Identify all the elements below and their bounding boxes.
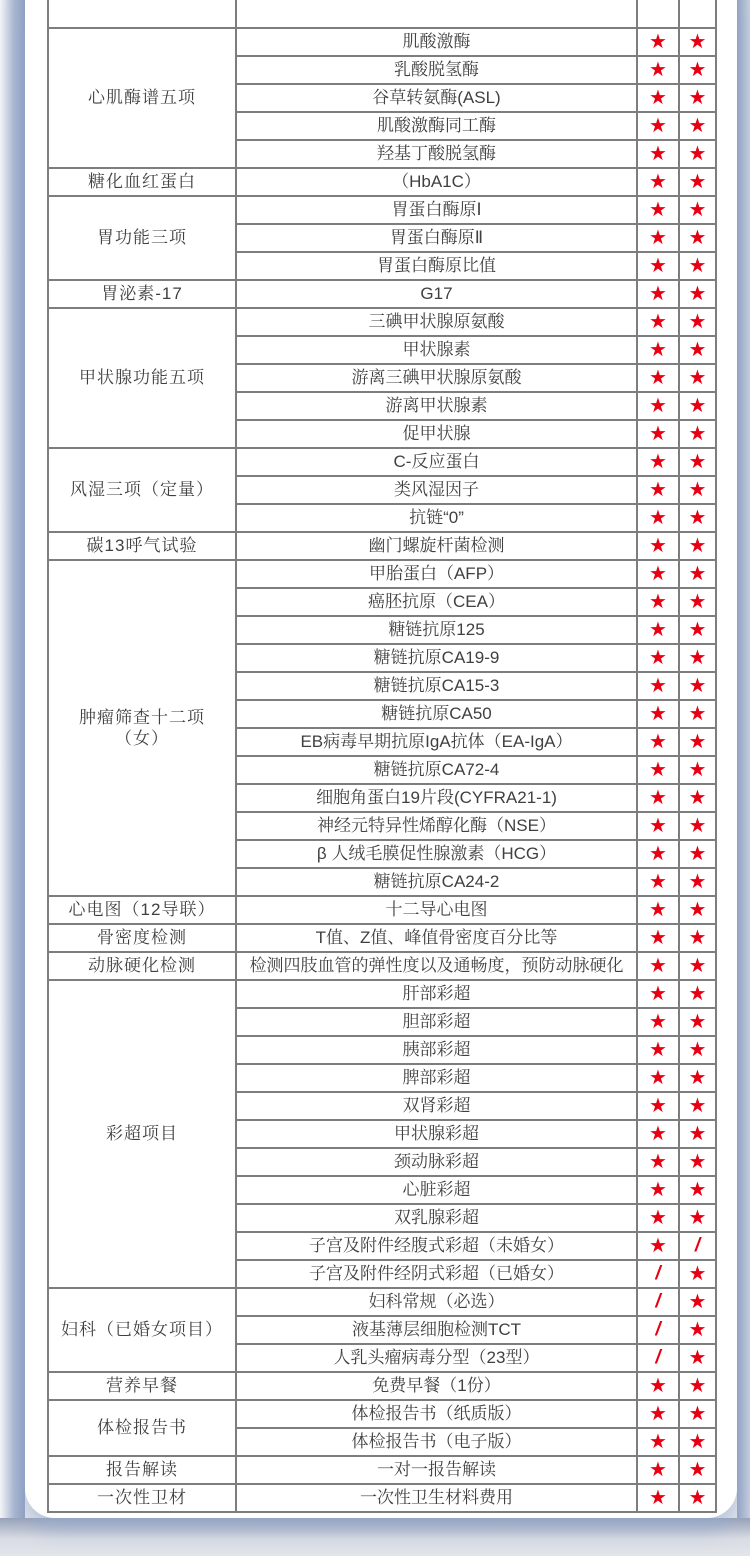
- package1-mark: ★: [637, 476, 679, 504]
- package1-mark: ★: [637, 840, 679, 868]
- package1-mark: ★: [637, 532, 679, 560]
- package2-mark: ★: [679, 560, 716, 588]
- package1-mark: ★: [637, 672, 679, 700]
- table-row: 胃功能三项胃蛋白酶原Ⅰ★★: [48, 196, 716, 224]
- package2-mark: ★: [679, 476, 716, 504]
- table-row: 一次性卫材一次性卫生材料费用★★: [48, 1484, 716, 1512]
- package1-mark: ★: [637, 896, 679, 924]
- package2-mark: ★: [679, 252, 716, 280]
- item-cell: 谷草转氨酶(ASL): [236, 84, 637, 112]
- table-row: 胃泌素-17G17★★: [48, 280, 716, 308]
- package1-mark: ★: [637, 448, 679, 476]
- package2-mark: ★: [679, 224, 716, 252]
- category-cell: 彩超项目: [48, 980, 236, 1288]
- item-cell: 颈动脉彩超: [236, 1148, 637, 1176]
- table-row: 肿瘤筛查十二项 （女）甲胎蛋白（AFP）★★: [48, 560, 716, 588]
- item-cell: 癌胚抗原（CEA）: [236, 588, 637, 616]
- item-cell: 液基薄层细胞检测TCT: [236, 1316, 637, 1344]
- cutoff-row: [48, 0, 716, 28]
- package1-mark: ★: [637, 1232, 679, 1260]
- item-cell: [236, 0, 637, 28]
- table-row: 心电图（12导联）十二导心电图★★: [48, 896, 716, 924]
- package1-mark: ★: [637, 336, 679, 364]
- package1-mark: ★: [637, 28, 679, 56]
- package-detail-card: 心肌酶谱五项肌酸激酶★★乳酸脱氢酶★★谷草转氨酶(ASL)★★肌酸激酶同工酶★★…: [25, 0, 737, 1518]
- item-cell: 体检报告书（电子版）: [236, 1428, 637, 1456]
- table-row: 彩超项目肝部彩超★★: [48, 980, 716, 1008]
- item-cell: 免费早餐（1份）: [236, 1372, 637, 1400]
- package2-mark: ★: [679, 896, 716, 924]
- package2-mark: ★: [679, 28, 716, 56]
- category-cell: 胃泌素-17: [48, 280, 236, 308]
- category-cell: 报告解读: [48, 1456, 236, 1484]
- package2-mark: ★: [679, 1484, 716, 1512]
- package1-mark: ★: [637, 812, 679, 840]
- package2-mark: ★: [679, 868, 716, 896]
- table-row: 体检报告书体检报告书（纸质版）★★: [48, 1400, 716, 1428]
- package1-mark: /: [637, 1260, 679, 1288]
- category-cell: 糖化血红蛋白: [48, 168, 236, 196]
- package1-mark: ★: [637, 168, 679, 196]
- package2-mark: [679, 0, 716, 28]
- table-row: 骨密度检测T值、Z值、峰值骨密度百分比等★★: [48, 924, 716, 952]
- package1-mark: ★: [637, 56, 679, 84]
- package1-mark: ★: [637, 140, 679, 168]
- package2-mark: ★: [679, 448, 716, 476]
- item-cell: 糖链抗原CA24-2: [236, 868, 637, 896]
- package1-mark: ★: [637, 1008, 679, 1036]
- package2-mark: ★: [679, 924, 716, 952]
- package1-mark: ★: [637, 952, 679, 980]
- package1-mark: /: [637, 1288, 679, 1316]
- item-cell: 心脏彩超: [236, 1176, 637, 1204]
- category-cell: [48, 0, 236, 28]
- package2-mark: ★: [679, 980, 716, 1008]
- package1-mark: ★: [637, 560, 679, 588]
- package2-mark: ★: [679, 1288, 716, 1316]
- package2-mark: ★: [679, 1344, 716, 1372]
- package2-mark: ★: [679, 112, 716, 140]
- category-cell: 骨密度检测: [48, 924, 236, 952]
- category-cell: 心电图（12导联）: [48, 896, 236, 924]
- item-cell: 胰部彩超: [236, 1036, 637, 1064]
- package1-mark: ★: [637, 224, 679, 252]
- table-row: 糖化血红蛋白（HbA1C）★★: [48, 168, 716, 196]
- package1-mark: ★: [637, 588, 679, 616]
- table-row: 碳13呼气试验幽门螺旋杆菌检测★★: [48, 532, 716, 560]
- package1-mark: ★: [637, 364, 679, 392]
- item-cell: 甲胎蛋白（AFP）: [236, 560, 637, 588]
- package2-mark: ★: [679, 56, 716, 84]
- card-bottom-shadow: [0, 1518, 750, 1556]
- category-cell: 营养早餐: [48, 1372, 236, 1400]
- package1-mark: ★: [637, 420, 679, 448]
- package1-mark: ★: [637, 1456, 679, 1484]
- item-cell: G17: [236, 280, 637, 308]
- item-cell: （HbA1C）: [236, 168, 637, 196]
- package1-mark: ★: [637, 112, 679, 140]
- package1-mark: ★: [637, 1092, 679, 1120]
- package1-mark: ★: [637, 1176, 679, 1204]
- package2-mark: ★: [679, 616, 716, 644]
- package1-mark: ★: [637, 1064, 679, 1092]
- package2-mark: ★: [679, 1008, 716, 1036]
- item-cell: 甲状腺素: [236, 336, 637, 364]
- item-cell: 肝部彩超: [236, 980, 637, 1008]
- package1-mark: ★: [637, 280, 679, 308]
- package2-mark: ★: [679, 1120, 716, 1148]
- package1-mark: ★: [637, 392, 679, 420]
- item-cell: 糖链抗原CA50: [236, 700, 637, 728]
- package1-mark: ★: [637, 980, 679, 1008]
- item-cell: 子宫及附件经腹式彩超（未婚女）: [236, 1232, 637, 1260]
- package2-mark: ★: [679, 1316, 716, 1344]
- item-cell: 细胞角蛋白19片段(CYFRA21-1): [236, 784, 637, 812]
- package2-mark: ★: [679, 1372, 716, 1400]
- item-cell: EB病毒早期抗原IgA抗体（EA-IgA）: [236, 728, 637, 756]
- package1-mark: ★: [637, 868, 679, 896]
- package2-mark: ★: [679, 308, 716, 336]
- item-cell: β 人绒毛膜促性腺激素（HCG）: [236, 840, 637, 868]
- package2-mark: ★: [679, 84, 716, 112]
- item-cell: 脾部彩超: [236, 1064, 637, 1092]
- category-cell: 胃功能三项: [48, 196, 236, 280]
- category-cell: 一次性卫材: [48, 1484, 236, 1512]
- package2-mark: ★: [679, 1428, 716, 1456]
- exam-items-table: 心肌酶谱五项肌酸激酶★★乳酸脱氢酶★★谷草转氨酶(ASL)★★肌酸激酶同工酶★★…: [47, 0, 717, 1513]
- package2-mark: ★: [679, 1456, 716, 1484]
- package1-mark: ★: [637, 1148, 679, 1176]
- package2-mark: ★: [679, 588, 716, 616]
- item-cell: 羟基丁酸脱氢酶: [236, 140, 637, 168]
- item-cell: 胃蛋白酶原Ⅰ: [236, 196, 637, 224]
- item-cell: 乳酸脱氢酶: [236, 56, 637, 84]
- package2-mark: ★: [679, 1176, 716, 1204]
- package2-mark: ★: [679, 392, 716, 420]
- item-cell: 类风湿因子: [236, 476, 637, 504]
- package2-mark: ★: [679, 672, 716, 700]
- package2-mark: ★: [679, 644, 716, 672]
- exam-table-body: 心肌酶谱五项肌酸激酶★★乳酸脱氢酶★★谷草转氨酶(ASL)★★肌酸激酶同工酶★★…: [48, 0, 716, 1512]
- category-cell: 心肌酶谱五项: [48, 28, 236, 168]
- item-cell: 胃蛋白酶原比值: [236, 252, 637, 280]
- package1-mark: ★: [637, 644, 679, 672]
- package2-mark: ★: [679, 336, 716, 364]
- package2-mark: ★: [679, 504, 716, 532]
- item-cell: 肌酸激酶同工酶: [236, 112, 637, 140]
- item-cell: T值、Z值、峰值骨密度百分比等: [236, 924, 637, 952]
- item-cell: 体检报告书（纸质版）: [236, 1400, 637, 1428]
- package2-mark: ★: [679, 140, 716, 168]
- package2-mark: ★: [679, 1064, 716, 1092]
- package2-mark: ★: [679, 700, 716, 728]
- item-cell: 双肾彩超: [236, 1092, 637, 1120]
- category-cell: 碳13呼气试验: [48, 532, 236, 560]
- package2-mark: /: [679, 1232, 716, 1260]
- package2-mark: ★: [679, 756, 716, 784]
- package1-mark: ★: [637, 700, 679, 728]
- package2-mark: ★: [679, 1092, 716, 1120]
- item-cell: 促甲状腺: [236, 420, 637, 448]
- item-cell: 人乳头瘤病毒分型（23型）: [236, 1344, 637, 1372]
- package1-mark: ★: [637, 924, 679, 952]
- package2-mark: ★: [679, 168, 716, 196]
- package2-mark: ★: [679, 532, 716, 560]
- package1-mark: ★: [637, 1036, 679, 1064]
- item-cell: 甲状腺彩超: [236, 1120, 637, 1148]
- package2-mark: ★: [679, 1260, 716, 1288]
- item-cell: 三碘甲状腺原氨酸: [236, 308, 637, 336]
- table-row: 心肌酶谱五项肌酸激酶★★: [48, 28, 716, 56]
- item-cell: 检测四肢血管的弹性度以及通畅度，预防动脉硬化: [236, 952, 637, 980]
- left-gradient-band: [0, 0, 25, 1518]
- table-row: 风湿三项（定量）C-反应蛋白★★: [48, 448, 716, 476]
- item-cell: 糖链抗原CA72-4: [236, 756, 637, 784]
- package2-mark: ★: [679, 812, 716, 840]
- package2-mark: ★: [679, 196, 716, 224]
- item-cell: 糖链抗原CA19-9: [236, 644, 637, 672]
- category-cell: 体检报告书: [48, 1400, 236, 1456]
- package1-mark: ★: [637, 1428, 679, 1456]
- package2-mark: ★: [679, 840, 716, 868]
- package1-mark: ★: [637, 1372, 679, 1400]
- package2-mark: ★: [679, 1036, 716, 1064]
- item-cell: 神经元特异性烯醇化酶（NSE）: [236, 812, 637, 840]
- category-cell: 妇科（已婚女项目）: [48, 1288, 236, 1372]
- item-cell: 双乳腺彩超: [236, 1204, 637, 1232]
- item-cell: 子宫及附件经阴式彩超（已婚女）: [236, 1260, 637, 1288]
- package1-mark: [637, 0, 679, 28]
- package1-mark: /: [637, 1316, 679, 1344]
- category-cell: 甲状腺功能五项: [48, 308, 236, 448]
- package2-mark: ★: [679, 364, 716, 392]
- package1-mark: ★: [637, 784, 679, 812]
- item-cell: 肌酸激酶: [236, 28, 637, 56]
- package2-mark: ★: [679, 1204, 716, 1232]
- package2-mark: ★: [679, 728, 716, 756]
- package2-mark: ★: [679, 784, 716, 812]
- item-cell: 一次性卫生材料费用: [236, 1484, 637, 1512]
- table-row: 甲状腺功能五项三碘甲状腺原氨酸★★: [48, 308, 716, 336]
- package1-mark: ★: [637, 1484, 679, 1512]
- table-row: 营养早餐免费早餐（1份）★★: [48, 1372, 716, 1400]
- table-row: 动脉硬化检测检测四肢血管的弹性度以及通畅度，预防动脉硬化★★: [48, 952, 716, 980]
- item-cell: 妇科常规（必选）: [236, 1288, 637, 1316]
- package2-mark: ★: [679, 1400, 716, 1428]
- package1-mark: ★: [637, 616, 679, 644]
- package1-mark: ★: [637, 196, 679, 224]
- package1-mark: ★: [637, 84, 679, 112]
- package1-mark: /: [637, 1344, 679, 1372]
- package1-mark: ★: [637, 728, 679, 756]
- item-cell: 游离三碘甲状腺原氨酸: [236, 364, 637, 392]
- package1-mark: ★: [637, 1120, 679, 1148]
- item-cell: 糖链抗原125: [236, 616, 637, 644]
- package1-mark: ★: [637, 308, 679, 336]
- item-cell: C-反应蛋白: [236, 448, 637, 476]
- category-cell: 风湿三项（定量）: [48, 448, 236, 532]
- item-cell: 游离甲状腺素: [236, 392, 637, 420]
- category-cell: 动脉硬化检测: [48, 952, 236, 980]
- item-cell: 抗链“0”: [236, 504, 637, 532]
- item-cell: 胆部彩超: [236, 1008, 637, 1036]
- package1-mark: ★: [637, 1204, 679, 1232]
- package2-mark: ★: [679, 952, 716, 980]
- package1-mark: ★: [637, 756, 679, 784]
- item-cell: 十二导心电图: [236, 896, 637, 924]
- package2-mark: ★: [679, 1148, 716, 1176]
- table-row: 报告解读一对一报告解读★★: [48, 1456, 716, 1484]
- package2-mark: ★: [679, 280, 716, 308]
- package1-mark: ★: [637, 504, 679, 532]
- package2-mark: ★: [679, 420, 716, 448]
- package1-mark: ★: [637, 1400, 679, 1428]
- item-cell: 一对一报告解读: [236, 1456, 637, 1484]
- right-gradient-band: [737, 0, 750, 1518]
- item-cell: 糖链抗原CA15-3: [236, 672, 637, 700]
- package1-mark: ★: [637, 252, 679, 280]
- item-cell: 胃蛋白酶原Ⅱ: [236, 224, 637, 252]
- category-cell: 肿瘤筛查十二项 （女）: [48, 560, 236, 896]
- table-row: 妇科（已婚女项目）妇科常规（必选）/★: [48, 1288, 716, 1316]
- item-cell: 幽门螺旋杆菌检测: [236, 532, 637, 560]
